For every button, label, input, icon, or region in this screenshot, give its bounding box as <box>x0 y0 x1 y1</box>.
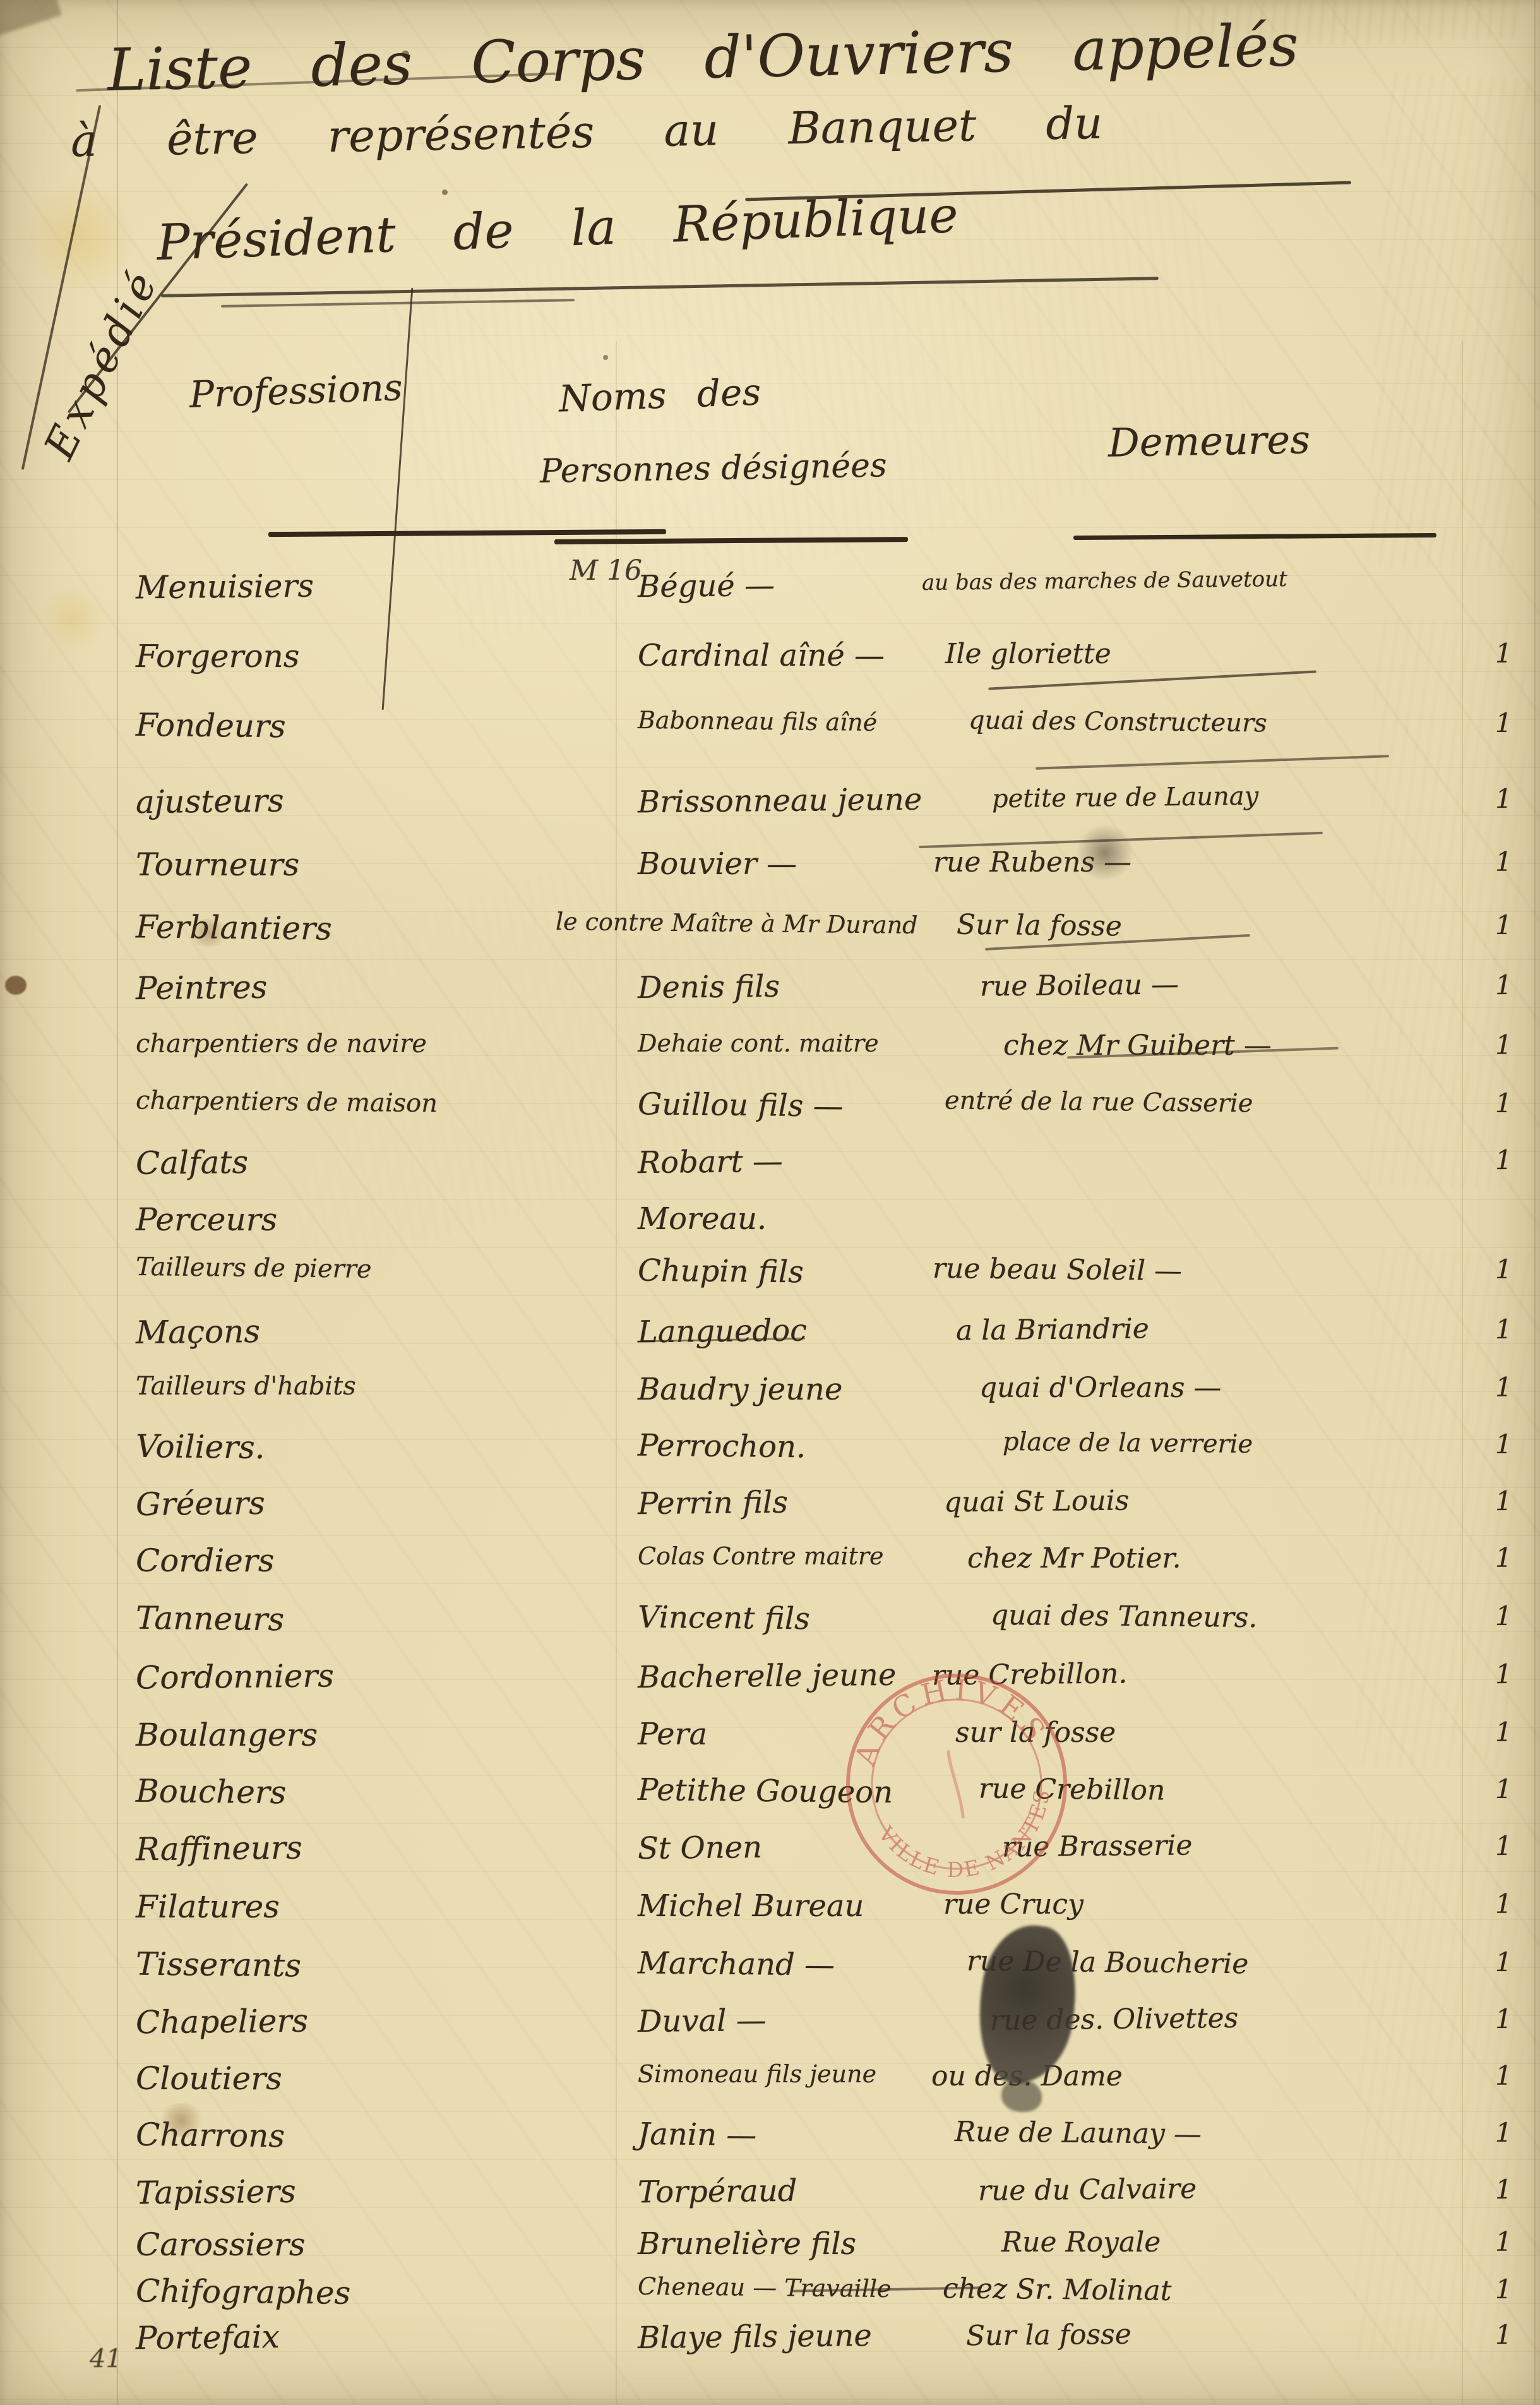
row-tally: 1 <box>1495 1144 1512 1175</box>
row-profession: Raffineurs <box>136 1830 302 1868</box>
row-profession: Cloutiers <box>136 2060 282 2097</box>
row-name: Perrin fils <box>638 1485 789 1521</box>
row-name: Pera <box>638 1717 707 1752</box>
row-demeure: chez Sr. Molinat <box>943 2272 1172 2307</box>
row-tally: 1 <box>1495 1542 1512 1573</box>
row-name: Languedoc <box>638 1313 808 1350</box>
row-tally: 1 <box>1495 2174 1512 2205</box>
row-profession: charpentiers de navire <box>136 1029 427 1059</box>
row-tally: 1 <box>1495 1600 1512 1631</box>
row-demeure: Rue de Launay — <box>955 2116 1202 2150</box>
row-tally: 1 <box>1495 846 1512 877</box>
row-profession: Chapeliers <box>136 2003 309 2041</box>
row-name: Dehaie cont. maitre <box>638 1029 879 1057</box>
row-demeure: quai d'Orleans — <box>979 1372 1221 1404</box>
page-mark: 41 <box>90 2344 122 2373</box>
row-tally: 1 <box>1495 1946 1512 1977</box>
row-tally: 1 <box>1495 1830 1512 1861</box>
row-profession: Charrons <box>136 2116 285 2154</box>
row-tally: 1 <box>1495 969 1512 1000</box>
row-demeure: entré de la rue Casserie <box>945 1086 1253 1118</box>
row-profession: Gréeurs <box>136 1485 265 1523</box>
row-tally: 1 <box>1495 1658 1512 1689</box>
row-tally: 1 <box>1495 1029 1512 1060</box>
row-demeure: au bas des marches de Sauvetout <box>922 567 1287 596</box>
corner-shadow <box>0 0 62 39</box>
row-profession: Voiliers. <box>136 1428 265 1466</box>
row-tally: 1 <box>1495 783 1512 814</box>
row-name: Brissonneau jeune <box>638 782 922 820</box>
row-demeure: petite rue de Launay <box>992 782 1259 813</box>
row-name: Vincent fils <box>638 1600 810 1637</box>
row-profession: Tailleurs de pierre <box>136 1252 372 1284</box>
row-profession: Forgerons <box>136 638 299 675</box>
row-demeure: Sur la fosse <box>957 909 1122 943</box>
row-tally: 1 <box>1495 1254 1512 1285</box>
row-demeure: chez Mr Guibert — <box>1003 1029 1272 1062</box>
row-demeure: chez Mr Potier. <box>967 1542 1181 1574</box>
row-demeure: rue Boileau — <box>980 968 1179 1002</box>
row-profession: Cordonniers <box>136 1657 335 1696</box>
row-name: Janin — <box>638 2116 757 2153</box>
row-name: Babonneau fils aîné <box>638 706 878 736</box>
row-demeure: rue du Calvaire <box>978 2173 1197 2207</box>
row-demeure: quai des Tanneurs. <box>991 1599 1258 1634</box>
row-name: Robart — <box>638 1144 783 1180</box>
flourish-stroke <box>988 670 1316 690</box>
row-name: Bouvier — <box>638 846 797 882</box>
row-profession: Carossiers <box>136 2226 306 2263</box>
row-name: Brunelière fils <box>638 2226 856 2262</box>
column-header-noms-line2: Personnes désignées <box>540 447 888 491</box>
row-tally: 1 <box>1495 638 1512 669</box>
row-demeure: quai des Constructeurs <box>969 706 1267 738</box>
row-profession: Ferblantiers <box>136 908 332 947</box>
paper-stain <box>5 976 27 995</box>
row-demeure: rue Rubens — <box>933 846 1131 879</box>
row-tally: 1 <box>1495 2060 1512 2091</box>
column-header-noms-line1: Noms des <box>558 370 761 420</box>
row-name: Colas Contre maitre <box>638 1542 884 1570</box>
row-profession: Filatures <box>136 1888 280 1925</box>
row-demeure: Sur la fosse <box>966 2318 1131 2353</box>
row-profession: Tailleurs d'habits <box>136 1372 356 1401</box>
paper-stain <box>38 587 107 651</box>
row-name: Guillou fils — <box>638 1086 844 1124</box>
flourish-stroke <box>1036 755 1389 770</box>
row-profession: Portefaix <box>136 2318 280 2356</box>
row-demeure: rue beau Soleil — <box>933 1252 1183 1287</box>
row-demeure: quai St Louis <box>944 1484 1130 1518</box>
manuscript-page: Liste des Corps d'Ouvriers appelés à êtr… <box>0 0 1540 2405</box>
row-tally: 1 <box>1495 1088 1512 1119</box>
header-note-m16: M 16 <box>570 555 642 587</box>
paper-stain <box>442 189 448 195</box>
row-tally: 1 <box>1495 909 1512 940</box>
row-tally: 1 <box>1495 1429 1512 1460</box>
title-line-1: Liste des Corps d'Ouvriers appelés <box>107 11 1299 104</box>
row-name: Simoneau fils jeune <box>638 2060 876 2088</box>
row-profession: Cordiers <box>136 1542 274 1579</box>
row-name: Duval — <box>638 2003 767 2039</box>
row-tally: 1 <box>1495 707 1512 738</box>
grid-vline-right <box>1534 0 1536 2405</box>
row-profession: Menuisiers <box>136 568 314 606</box>
row-tally: 1 <box>1495 1717 1512 1748</box>
row-name: Blaye fils jeune <box>638 2318 872 2356</box>
row-demeure: place de la verrerie <box>1003 1427 1253 1459</box>
row-tally: 1 <box>1495 2117 1512 2148</box>
row-demeure: Rue Royale <box>1001 2226 1161 2258</box>
row-tally: 1 <box>1495 1773 1512 1804</box>
bleedthrough-texture <box>1368 73 1530 571</box>
stamp-bottom-text: VILLE DE NANTES <box>871 1781 1071 1902</box>
row-name: Bégué — <box>638 568 775 604</box>
margin-note-expedie: Expédié <box>35 261 169 467</box>
svg-text:VILLE DE NANTES: VILLE DE NANTES <box>871 1781 1071 1902</box>
row-profession: Maçons <box>136 1313 261 1351</box>
row-name: St Onen <box>638 1830 763 1866</box>
row-profession: charpentiers de maison <box>136 1086 438 1118</box>
row-tally: 1 <box>1495 2274 1512 2305</box>
row-tally: 1 <box>1495 1314 1512 1345</box>
column-header-professions: Professions <box>189 366 403 416</box>
row-tally: 1 <box>1495 1372 1512 1403</box>
row-tally: 1 <box>1495 2003 1512 2034</box>
row-tally: 1 <box>1495 1888 1512 1919</box>
row-tally: 1 <box>1495 2319 1512 2350</box>
row-tally: 1 <box>1495 1485 1512 1516</box>
row-name: le contre Maître à Mr Durand <box>556 908 918 939</box>
row-profession: Peintres <box>136 969 268 1007</box>
title-line-2: à être représentés au Banquet du <box>70 97 1103 167</box>
row-name: Marchand — <box>638 1945 835 1982</box>
row-profession: Chifographes <box>136 2272 351 2312</box>
row-profession: Tapissiers <box>136 2173 296 2212</box>
row-tally: 1 <box>1495 2226 1512 2257</box>
row-name: Cheneau — Travaille <box>638 2272 892 2303</box>
row-name: Denis fils <box>638 969 780 1005</box>
row-profession: Tisserants <box>136 1946 302 1984</box>
row-profession: Perceurs <box>136 1201 277 1238</box>
column-header-demeures: Demeures <box>1107 416 1310 466</box>
row-profession: Calfats <box>136 1144 249 1182</box>
row-profession: Tourneurs <box>136 846 299 883</box>
row-profession: Tanneurs <box>136 1600 285 1638</box>
row-profession: Boulangers <box>136 1717 318 1753</box>
row-profession: ajusteurs <box>136 783 284 820</box>
row-name: Baudry jeune <box>638 1372 842 1407</box>
row-name: Moreau. <box>638 1201 767 1237</box>
row-name: Cardinal aîné — <box>638 638 885 673</box>
row-name: Michel Bureau <box>638 1888 864 1924</box>
grid-vline-middle <box>616 341 617 2405</box>
row-demeure: Ile gloriette <box>945 638 1111 670</box>
row-profession: Bouchers <box>136 1773 287 1811</box>
row-profession: Fondeurs <box>136 707 286 745</box>
paper-stain <box>603 355 608 360</box>
row-name: Chupin fils <box>638 1253 804 1290</box>
row-name: Perrochon. <box>638 1428 806 1465</box>
row-demeure: a la Briandrie <box>956 1312 1149 1346</box>
row-name: Torpéraud <box>638 2173 797 2210</box>
